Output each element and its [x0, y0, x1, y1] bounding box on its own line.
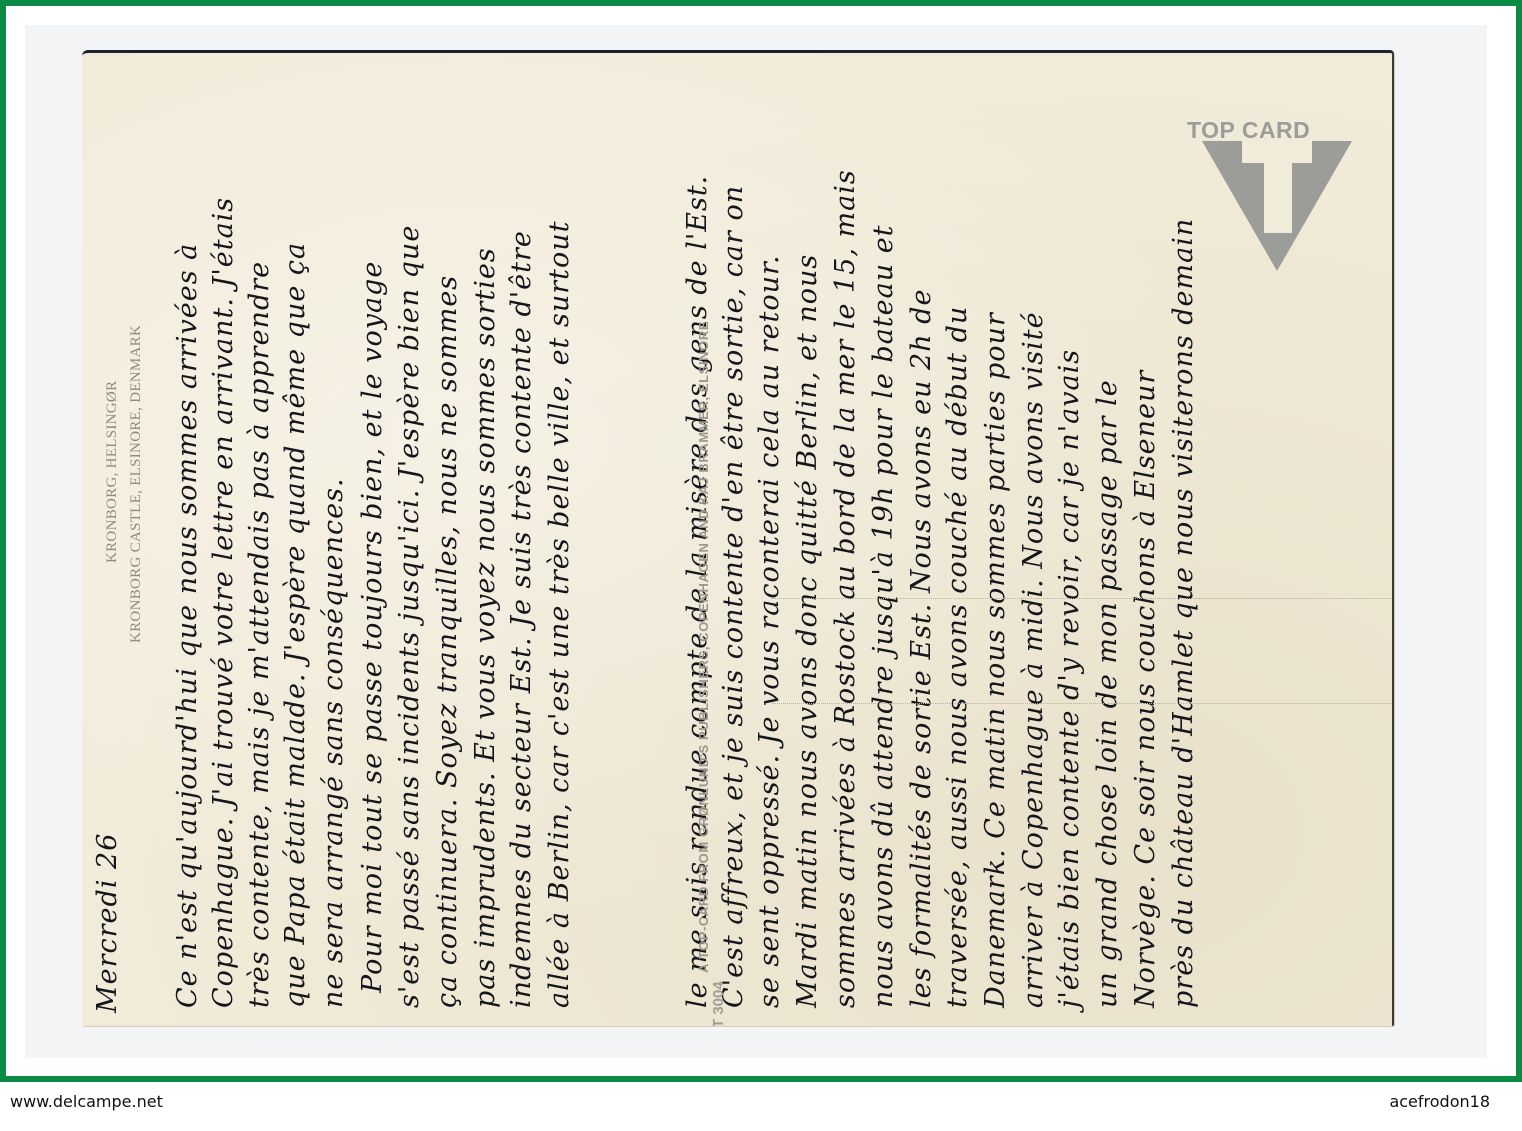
- handwritten-line: arriver à Copenhague à midi. Nous avons …: [1018, 311, 1049, 1008]
- handwritten-line: Copenhague. J'ai trouvé votre lettre en …: [208, 197, 239, 1008]
- handwritten-line: allée à Berlin, car c'est une très belle…: [544, 221, 575, 1008]
- top-card-logo-text: TOP CARD: [1187, 117, 1310, 144]
- handwritten-line: se sent oppressé. Je vous raconterai cel…: [754, 254, 785, 1008]
- handwritten-line: très contente, mais je m'attendais pas à…: [244, 261, 275, 1008]
- serial-number: T 3004: [710, 981, 727, 1026]
- handwritten-line: indemnes du secteur Est. Je suis très co…: [506, 230, 537, 1008]
- handwritten-line: Norvège. Ce soir nous couchons à Elseneu…: [1130, 370, 1161, 1008]
- handwritten-line: nous avons dû attendre jusqu'à 19h pour …: [868, 224, 899, 1008]
- handwritten-line: traversée, aussi nous avons couché au dé…: [942, 306, 973, 1008]
- handwritten-line: ne sera arrangé sans conséquences.: [318, 477, 349, 1008]
- handwritten-date: Mercredi 26: [92, 833, 123, 1013]
- handwritten-line: C'est affreux, et je suis contente d'en …: [718, 185, 749, 1008]
- handwritten-line: les formalités de sortie Est. Nous avons…: [906, 289, 937, 1008]
- handwritten-line: sommes arrivées à Rostock au bord de la …: [830, 169, 861, 1008]
- handwritten-line: Danemark. Ce matin nous sommes parties p…: [980, 312, 1011, 1008]
- caption-line-2: KRONBORG CASTLE, ELSINORE, DENMARK: [128, 325, 145, 643]
- handwritten-line: Ce n'est qu'aujourd'hui que nous sommes …: [172, 243, 203, 1008]
- site-watermark: www.delcampe.net: [10, 1092, 163, 1111]
- caption-line-1: KRONBORG, HELSINGØR: [104, 381, 121, 563]
- handwritten-line: Mardi matin nous avons donc quitté Berli…: [792, 254, 823, 1008]
- handwritten-line: près du château d'Hamlet que nous visite…: [1168, 218, 1199, 1008]
- top-card-logo-icon: [1202, 141, 1352, 271]
- handwritten-line: pas imprudents. Et vous voyez nous somme…: [470, 247, 501, 1008]
- seller-name[interactable]: acefrodon18: [1389, 1092, 1490, 1111]
- address-line: [772, 598, 1394, 599]
- postcard-back: KRONBORG, HELSINGØR KRONBORG CASTLE, ELS…: [82, 50, 1394, 1026]
- publisher-line: A TOP-CARD FROM GRØNLUND'S PUBLISHERS, C…: [696, 321, 711, 973]
- handwritten-line: un grand chose loin de mon passage par l…: [1092, 379, 1123, 1008]
- handwritten-line: s'est passé sans incidents jusqu'ici. J'…: [394, 225, 425, 1008]
- handwritten-line: j'étais bien contente d'y revoir, car je…: [1054, 349, 1085, 1008]
- handwritten-line: ça continuera. Soyez tranquilles, nous n…: [432, 275, 463, 1008]
- handwritten-line: que Papa était malade. J'espère quand mê…: [280, 242, 311, 1008]
- handwritten-line: Pour moi tout se passe toujours bien, et…: [357, 261, 388, 993]
- address-line: [772, 703, 1394, 704]
